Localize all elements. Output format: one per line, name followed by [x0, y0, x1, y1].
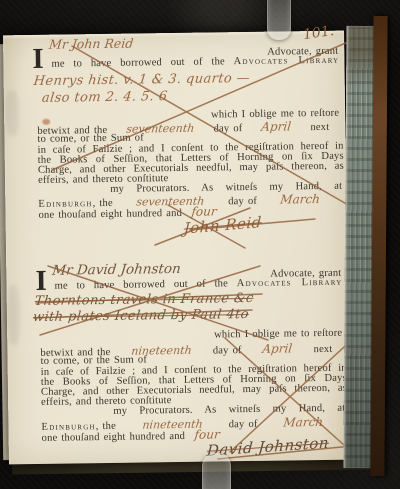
printed-day-of: day of [229, 419, 258, 430]
retaining-clip-top [267, 0, 291, 40]
printed-oblige-line: which I oblige me to reſtore [214, 328, 342, 341]
book-title-line-2: also tom 2. 4. 5. 6 [41, 89, 168, 106]
book-title-line-2: with plates Iceland by Paul 4to [32, 307, 250, 325]
show-through-smudge [7, 285, 21, 345]
book-title-line-1: Henrys hist. v. 1 & 3. quarto — [33, 71, 251, 89]
printed-borrowed-line: me to have borrowed out of the Advocates… [51, 55, 339, 70]
photo-background: { "photo": { "page_number": "101." }, "f… [0, 0, 400, 489]
printed-library-name: Advocates Library [234, 55, 340, 67]
printed-day-of: day of [213, 123, 242, 134]
printed-year-line: one thouſand eight hundred and four [42, 427, 221, 443]
handwritten-year: four [194, 427, 221, 441]
printed-day-of: day of [228, 196, 257, 207]
book-page: 101. Mr John Reid Advocate, grant I me t… [3, 31, 350, 465]
printed-borrowed-line: me to have borrowed out of the Advocates… [54, 277, 342, 292]
printed-thousand: one thouſand eight hundred and [38, 208, 182, 221]
borrower-name: Mr John Reid [48, 36, 134, 52]
book-title-line-1: Thorntons travels in France &c [34, 291, 254, 309]
page-number: 101. [302, 23, 335, 43]
printed-day-of: day of [213, 345, 242, 356]
handwritten-return-month: April [261, 119, 292, 133]
show-through-smudge [5, 90, 20, 136]
printed-library-name: Advocates Library [237, 277, 343, 289]
printed-borrowed-text: me to have borrowed out of the [54, 278, 228, 291]
borrower-name: Mr David Johnston [51, 261, 181, 279]
retaining-clip-bottom [202, 453, 231, 489]
borrow-entry-john-reid: Mr John Reid Advocate, grant I me to hav… [3, 31, 344, 36]
handwritten-sign-month: March [280, 192, 321, 207]
borrow-entry-david-johnston: Mr David Johnston Advocate, grant I me t… [3, 31, 344, 36]
binding-strip [370, 16, 387, 476]
drop-cap-initial: I [35, 269, 47, 293]
drop-cap-initial: I [32, 47, 44, 71]
handwritten-return-month: April [262, 341, 293, 355]
printed-next: next [310, 122, 329, 133]
printed-thousand: one thouſand eight hundred and [42, 431, 186, 444]
handwritten-sign-month: March [283, 415, 324, 430]
printed-next: next [314, 344, 333, 355]
printed-borrowed-text: me to have borrowed out of the [51, 56, 225, 69]
